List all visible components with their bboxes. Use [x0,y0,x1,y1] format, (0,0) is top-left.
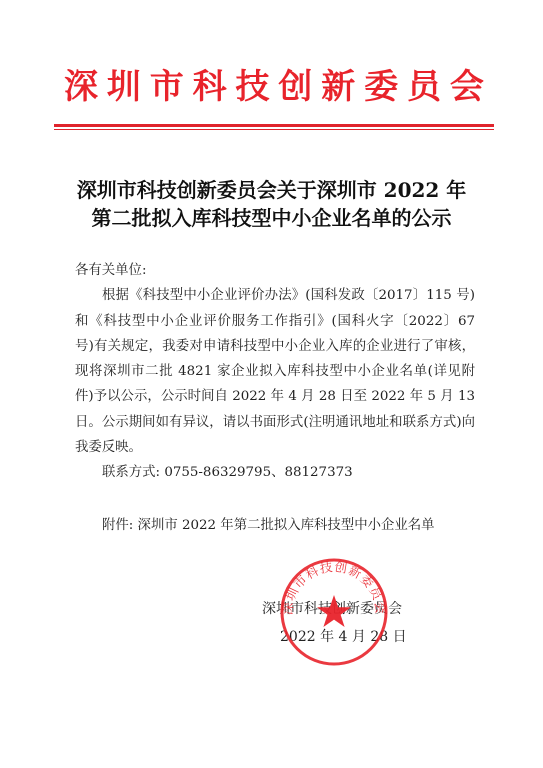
main-paragraph: 根据《科技型中小企业评价办法》(国科发政〔2017〕115 号)和《科技型中小企… [75,283,475,460]
official-seal-icon: 深圳市科技创新委员会 [279,557,389,667]
title-line-1: 深圳市科技创新委员会关于深圳市 2022 年 [60,176,483,204]
letterhead-char: 新 [321,67,355,107]
letterhead-rule-thick [54,124,494,127]
letterhead-char: 深 [64,67,98,107]
title-line-2: 第二批拟入库科技型中小企业名单的公示 [60,204,483,232]
salutation: 各有关单位: [75,258,475,283]
letterhead-char: 员 [407,67,441,107]
document-body: 各有关单位: 根据《科技型中小企业评价办法》(国科发政〔2017〕115 号)和… [75,258,475,486]
letterhead-char: 市 [150,67,184,107]
attachment-line: 附件: 深圳市 2022 年第二批拟入库科技型中小企业名单 [102,514,435,533]
letterhead-char: 科 [193,67,227,107]
letterhead-char: 创 [278,67,312,107]
letterhead-rule-thin [54,129,494,130]
letterhead-char: 圳 [107,67,141,107]
letterhead-char: 技 [236,67,270,107]
letterhead-char: 会 [450,67,484,107]
star-icon [317,595,351,627]
contact-line: 联系方式: 0755-86329795、88127373 [75,460,475,485]
letterhead: 深 圳 市 科 技 创 新 委 员 会 [64,64,484,110]
document-title: 深圳市科技创新委员会关于深圳市 2022 年 第二批拟入库科技型中小企业名单的公… [60,176,483,232]
letterhead-char: 委 [364,67,398,107]
